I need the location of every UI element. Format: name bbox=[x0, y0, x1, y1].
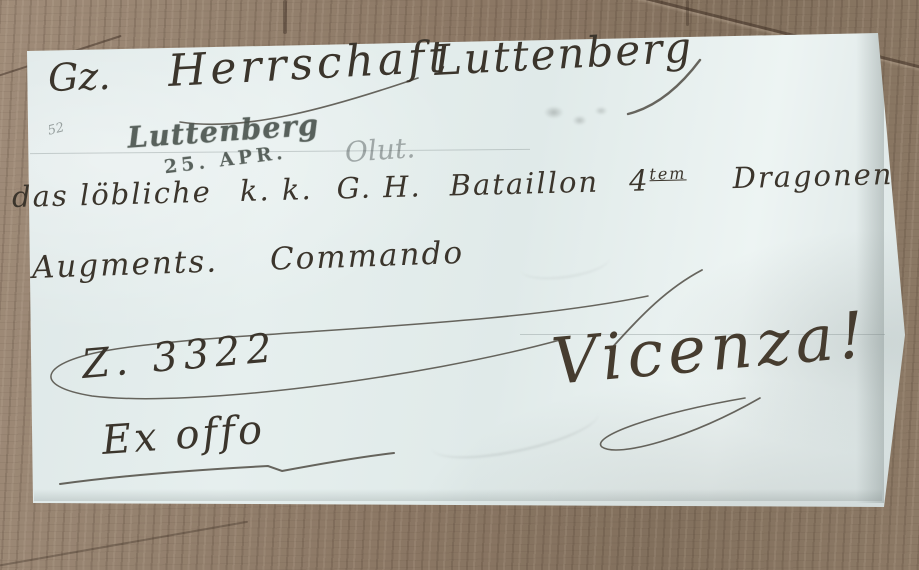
address-word: Dragonen bbox=[732, 157, 894, 195]
address-word: Bataillon bbox=[449, 165, 599, 203]
ghost-ink-offset-mark bbox=[518, 244, 611, 284]
paper-bottom-fold-shadow bbox=[34, 489, 882, 501]
header-script-word-1: Gz. bbox=[47, 54, 111, 100]
address-word: Commando bbox=[269, 235, 464, 278]
address-word: G. H. bbox=[336, 169, 422, 205]
wood-plank-seam bbox=[0, 521, 248, 570]
folded-letter-sheet bbox=[0, 0, 919, 570]
paper-right-edge-shadow bbox=[856, 33, 884, 503]
wood-grain-knot bbox=[283, 0, 287, 34]
address-word: Augments. bbox=[31, 244, 218, 286]
ordinal-superscript: tem bbox=[649, 164, 687, 184]
ghost-ink-offset-mark bbox=[427, 393, 602, 469]
word-gap bbox=[218, 270, 270, 272]
photo-of-historic-letter: Gz. Herrschaft Luttenberg 52 Luttenberg … bbox=[0, 0, 919, 570]
address-word: das löbliche bbox=[12, 175, 213, 214]
address-word: k. k. bbox=[239, 172, 313, 208]
ink-smudge bbox=[528, 98, 614, 130]
faint-script-note: Olut. bbox=[344, 131, 416, 169]
address-word: 4tem bbox=[629, 162, 687, 197]
